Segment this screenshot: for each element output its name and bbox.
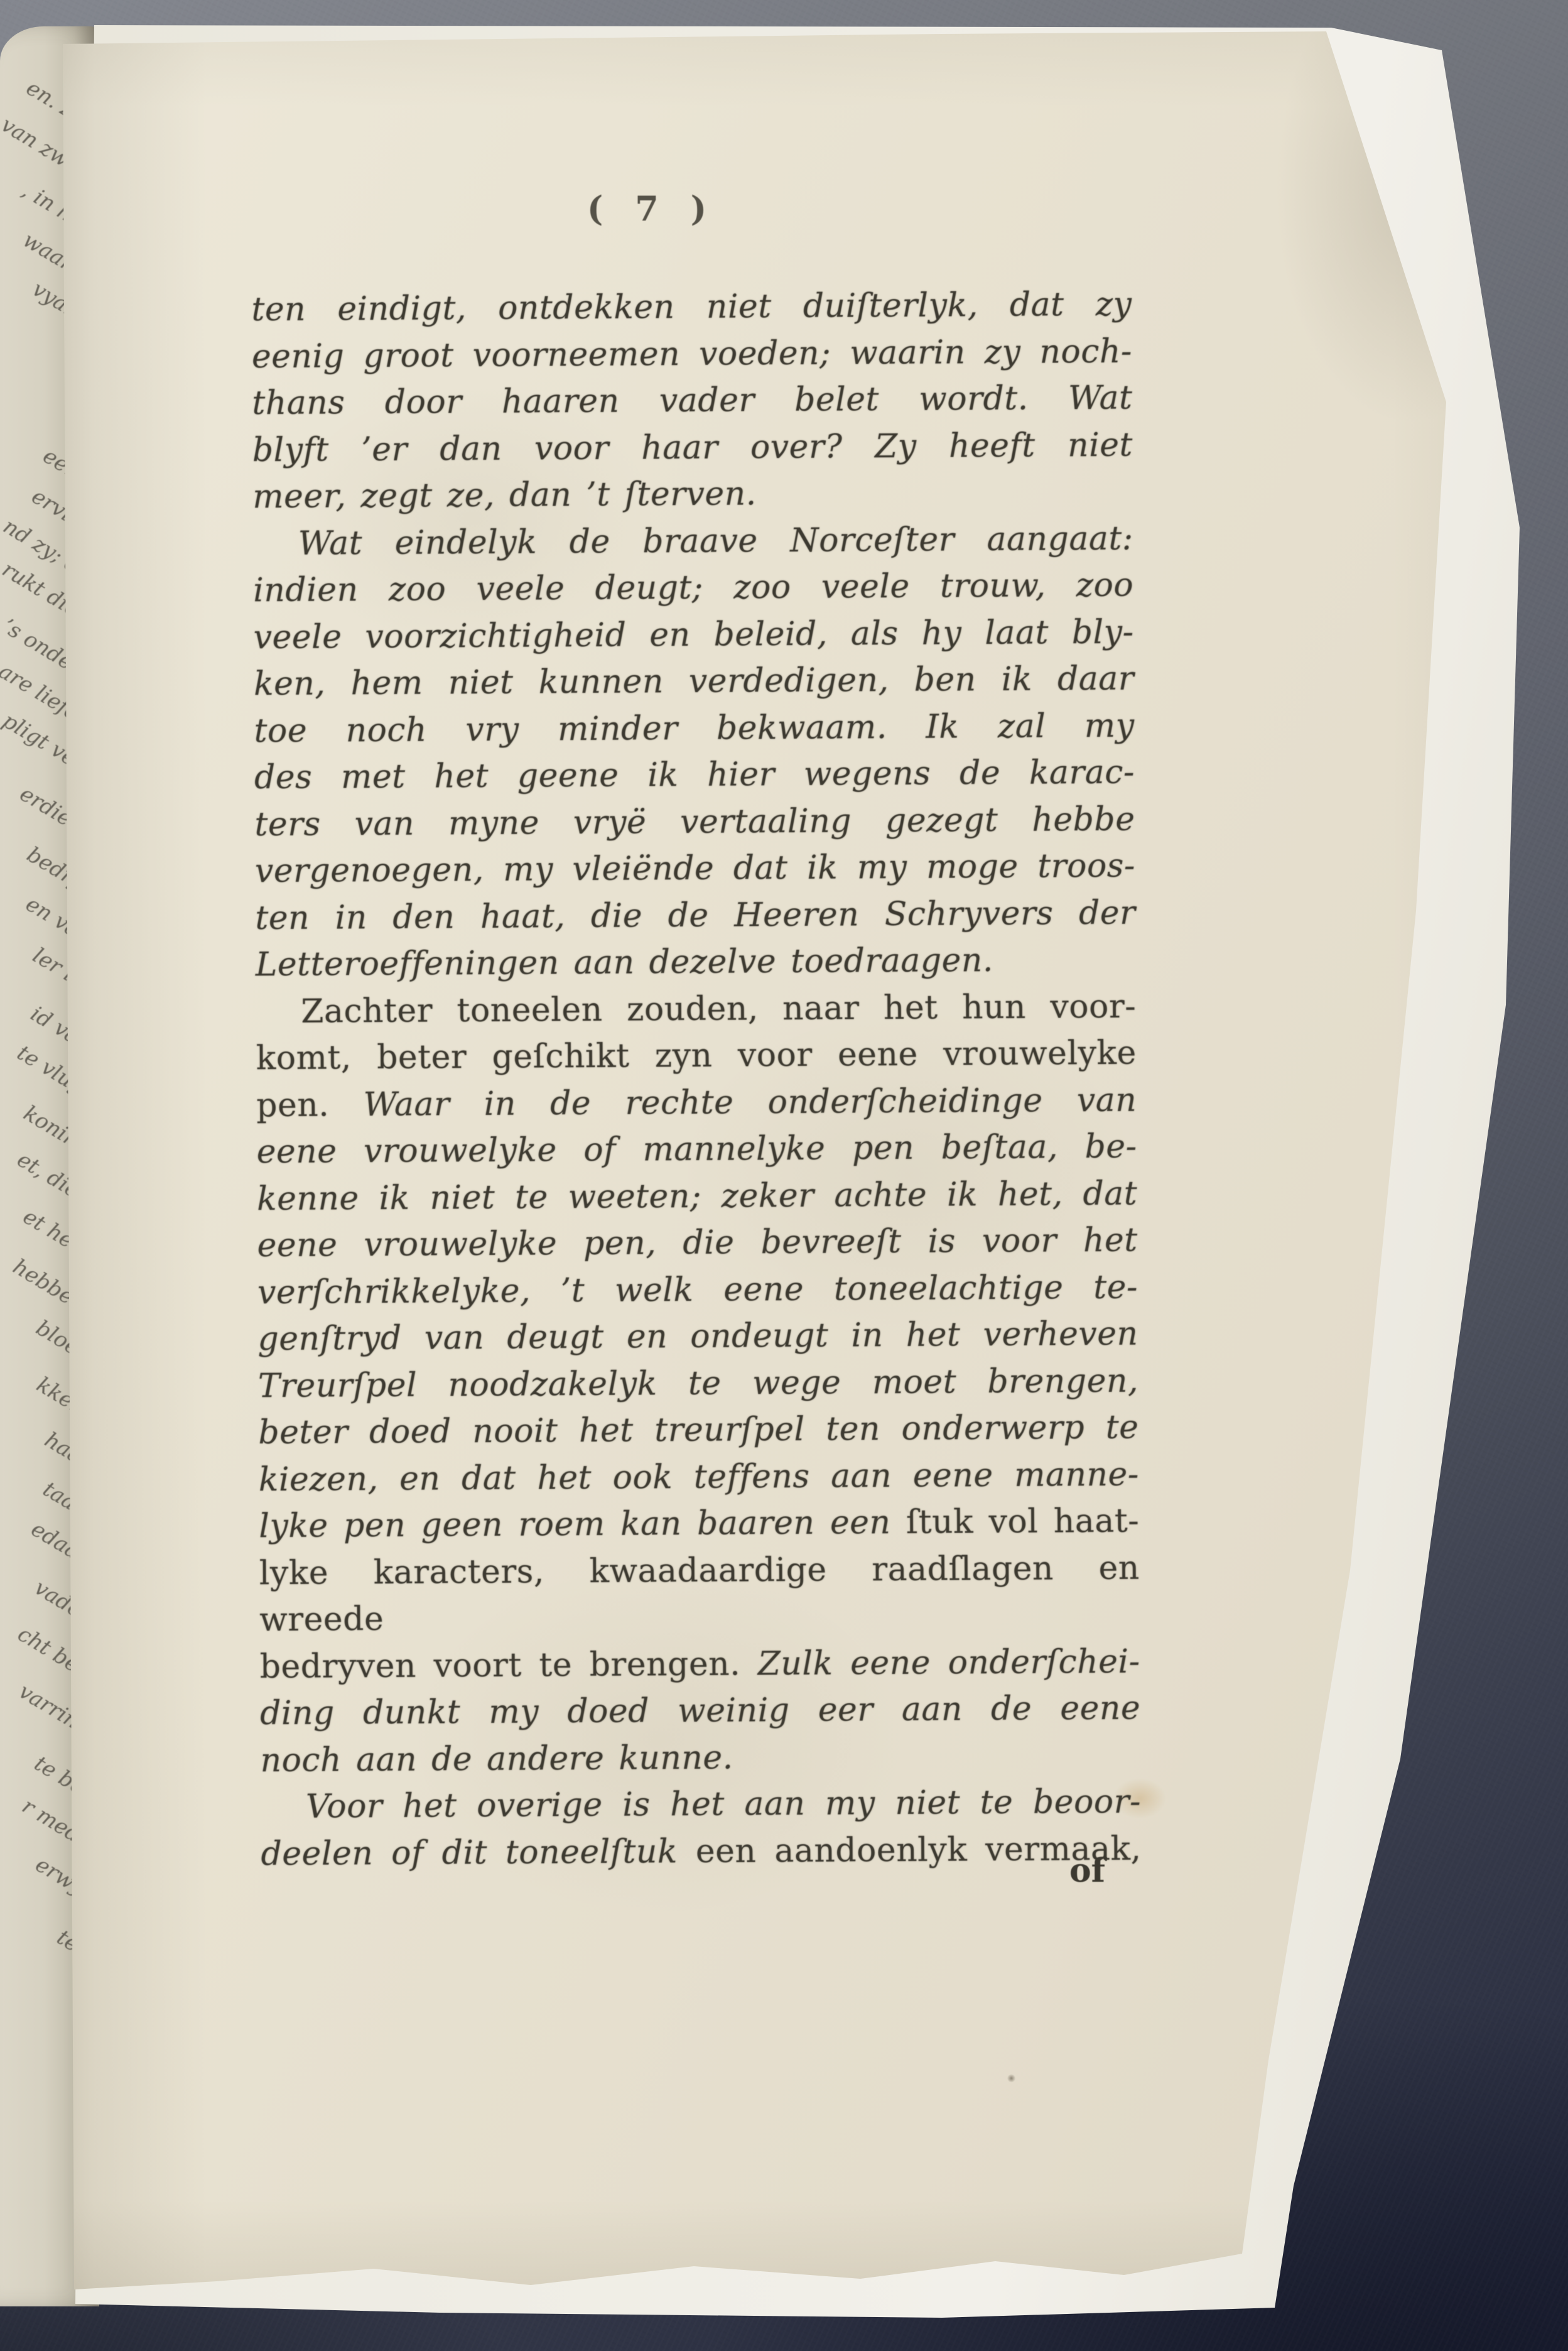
text-line: beter doed nooit het treurſpel ten onder… (258, 1404, 1138, 1457)
text-line: verſchrikkelyke, ’t welk eene toneelacht… (257, 1264, 1138, 1316)
text-segment: kenne ik niet te weeten; zeker achte ik … (257, 1175, 1137, 1218)
text-line: ten in den haat, die de Heeren Schryvers… (255, 889, 1135, 942)
text-line: des met het geene ik hier wegens de kara… (254, 749, 1135, 801)
text-segment: veele voorzichtigheid en beleid, als hy … (254, 613, 1134, 656)
text-segment: verſchrikkelyke, ’t welk eene toneelacht… (257, 1268, 1138, 1311)
text-segment: des met het geene ik hier wegens de kara… (254, 754, 1135, 797)
text-segment: Letteroeffeningen aan dezelve toedraagen… (256, 942, 993, 984)
text-line: Treurſpel noodzakelyk te wege moet breng… (258, 1357, 1138, 1409)
text-segment: blyft ’er dan voor haar over? Zy heeft n… (252, 426, 1133, 469)
text-line: toe noch vry minder bekwaam. Ik zal my (254, 702, 1134, 754)
text-line: ten eindigt, ontdekken niet duiſterlyk, … (251, 281, 1132, 334)
text-segment: thans door haaren vader belet wordt. Wat (252, 379, 1132, 423)
text-line: Zachter toneelen zouden, naar het hun vo… (256, 983, 1136, 1035)
text-segment: Zachter toneelen zouden, naar het hun vo… (301, 987, 1136, 1030)
text-segment: bedryven voort te brengen. (260, 1645, 758, 1686)
text-segment: ters van myne vryë vertaaling gezegt heb… (254, 800, 1135, 844)
text-segment: Wat eindelyk de braave Norceſter aangaat… (298, 519, 1133, 562)
text-segment: Voor het overige is het aan my niet te b… (306, 1783, 1141, 1826)
text-line: ters van myne vryë vertaaling gezegt heb… (254, 796, 1135, 848)
text-line: vergenoegen, my vleiënde dat ik my moge … (255, 843, 1135, 895)
text-block: ten eindigt, ontdekken niet duiſterlyk, … (251, 281, 1141, 1878)
text-line: Letteroeffeningen aan dezelve toedraagen… (256, 937, 1136, 989)
text-segment: lyke pen geen roem kan baaren een (259, 1504, 906, 1545)
text-line: kiezen, en dat het ook teffens aan eene … (259, 1451, 1139, 1503)
text-line: ding dunkt my doed weinig eer aan de een… (260, 1685, 1140, 1737)
text-segment: Zulk eene onderſchei- (758, 1642, 1140, 1683)
text-line: ken, hem niet kunnen verdedigen, ben ik … (254, 656, 1134, 708)
text-segment: lyke karacters, kwaadaardige raadſlagen … (259, 1549, 1140, 1639)
text-line: Voor het overige is het aan my niet te b… (261, 1779, 1141, 1831)
text-line: Wat eindelyk de braave Norceſter aangaat… (253, 515, 1133, 567)
text-segment: Treurſpel noodzakelyk te wege moet breng… (258, 1362, 1138, 1405)
text-segment: ding dunkt my doed weinig eer aan de een… (260, 1690, 1140, 1733)
text-line: eenig groot voorneemen voeden; waarin zy… (252, 328, 1132, 380)
text-segment: toe noch vry minder bekwaam. Ik zal my (254, 707, 1134, 750)
text-line: bedryven voort te brengen. Zulk eene ond… (259, 1638, 1140, 1690)
text-line: eene vrouwelyke pen, die bevreeſt is voo… (257, 1217, 1137, 1269)
page-number: ( 7 ) (256, 188, 1047, 229)
text-line: thans door haaren vader belet wordt. Wat (252, 375, 1132, 427)
text-line: indien zoo veele deugt; zoo veele trouw,… (253, 562, 1133, 614)
text-line: lyke pen geen roem kan baaren een ſtuk v… (259, 1498, 1139, 1550)
text-segment: genſtryd van deugt en ondeugt in het ver… (257, 1315, 1138, 1359)
text-line: noch aan de andere kunne. (260, 1732, 1140, 1784)
text-segment: pen. (256, 1086, 364, 1124)
text-segment: ten eindigt, ontdekken niet duiſterlyk, … (251, 286, 1132, 329)
text-segment: noch aan de andere kunne. (260, 1739, 733, 1779)
text-line: eene vrouwelyke of mannelyke pen beſtaa,… (256, 1124, 1137, 1176)
text-line: pen. Waar in de rechte onderſcheidinge v… (256, 1077, 1137, 1129)
text-line: meer, zegt ze, dan ’t ſterven. (252, 469, 1133, 521)
text-line: genſtryd van deugt en ondeugt in het ver… (257, 1311, 1138, 1363)
text-segment: eene vrouwelyke pen, die bevreeſt is voo… (257, 1222, 1137, 1265)
text-segment: beter doed nooit het treurſpel ten onder… (258, 1409, 1138, 1452)
text-segment: eene vrouwelyke of mannelyke pen beſtaa,… (257, 1128, 1137, 1171)
text-segment: komt, beter geſchikt zyn voor eene vrouw… (256, 1034, 1137, 1078)
book-photo: en. Zy,van zwak, in hetwaarinvyandeeneer… (0, 0, 1568, 2351)
text-segment: kiezen, en dat het ook teffens aan eene … (259, 1455, 1139, 1499)
text-line: lyke karacters, kwaadaardige raadſlagen … (259, 1545, 1140, 1644)
text-segment: ten in den haat, die de Heeren Schryvers… (255, 894, 1135, 937)
text-segment: meer, zegt ze, dan ’t ſterven. (252, 475, 757, 516)
text-segment: ken, hem niet kunnen verdedigen, ben ik … (254, 660, 1134, 703)
text-segment: ſtuk vol haat- (906, 1502, 1140, 1541)
text-line: kenne ik niet te weeten; zeker achte ik … (257, 1170, 1137, 1222)
text-line: komt, beter geſchikt zyn voor eene vrouw… (256, 1030, 1137, 1082)
text-line: blyft ’er dan voor haar over? Zy heeft n… (252, 421, 1133, 474)
text-line: veele voorzichtigheid en beleid, als hy … (253, 609, 1133, 661)
text-segment: Waar in de rechte onderſcheidinge van (363, 1081, 1137, 1124)
text-segment: indien zoo veele deugt; zoo veele trouw,… (253, 567, 1133, 610)
text-segment: vergenoegen, my vleiënde dat ik my moge … (255, 847, 1135, 891)
text-segment: eenig groot voorneemen voeden; waarin zy… (252, 332, 1132, 376)
catchword: of (256, 1852, 1105, 1890)
